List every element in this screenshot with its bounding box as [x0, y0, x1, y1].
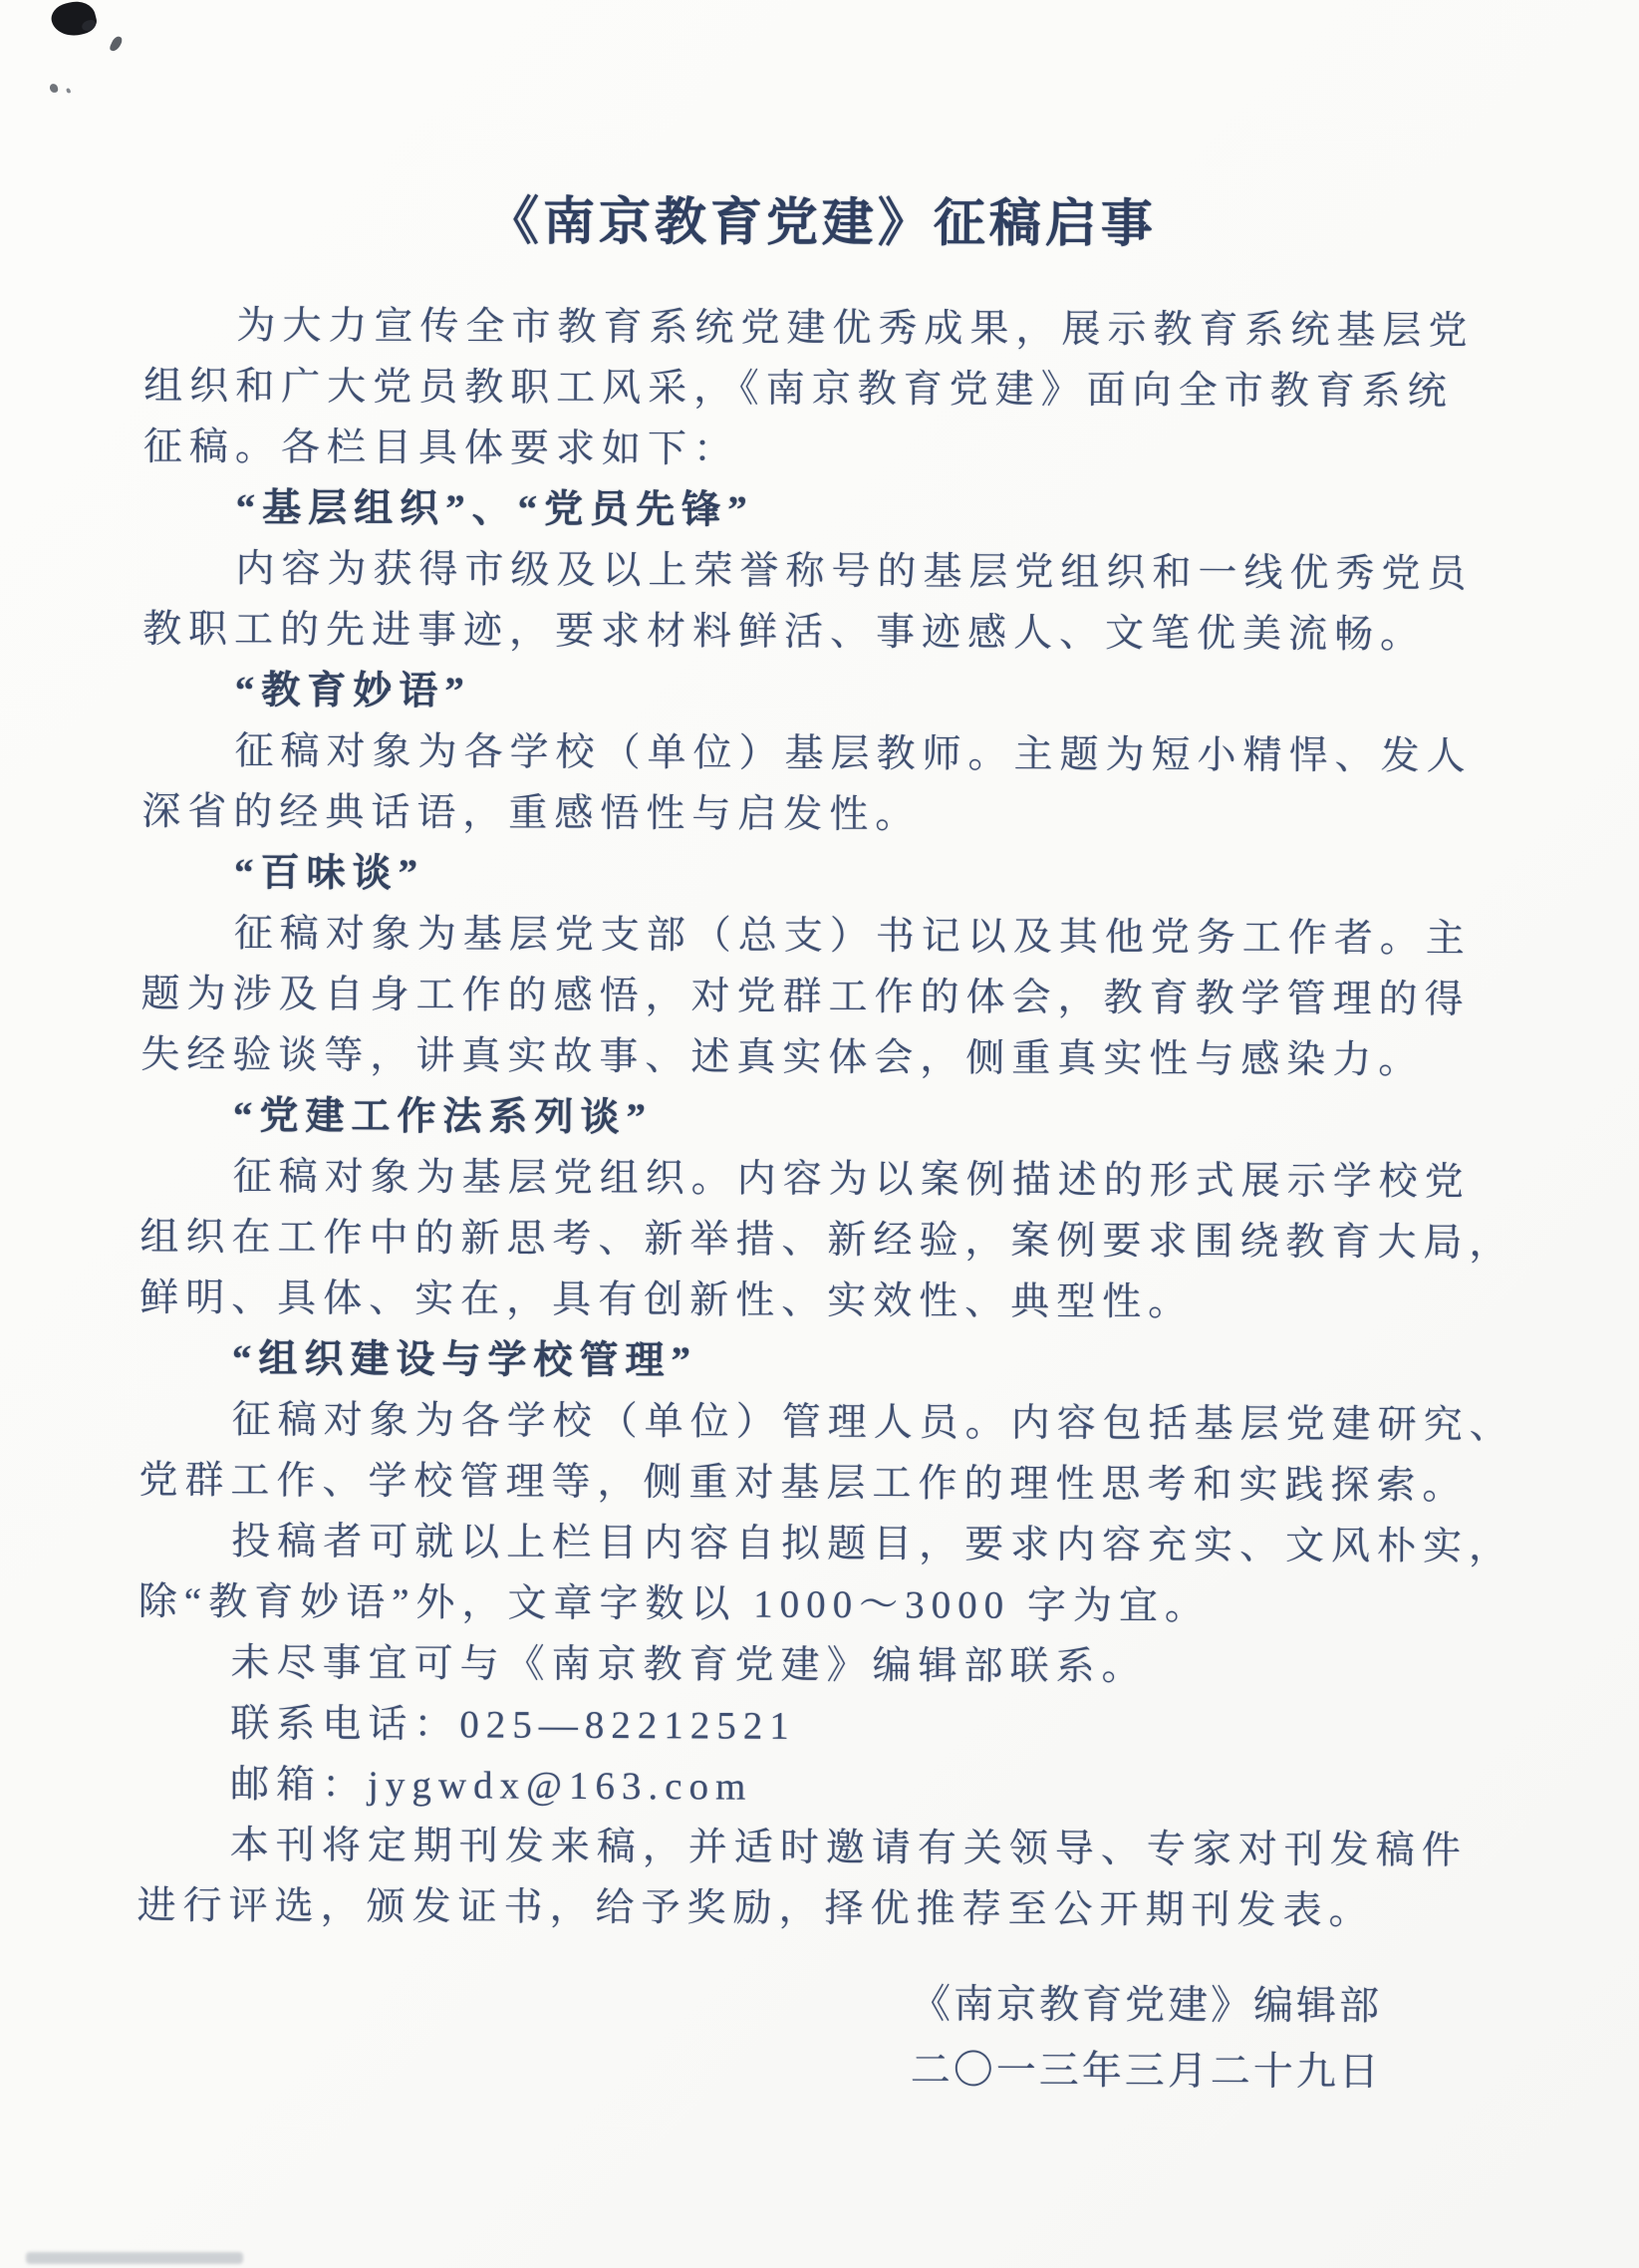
section-heading: “百味谈” [141, 842, 1556, 909]
document-body: 为大力宣传全市教育系统党建优秀成果，展示教育系统基层党组织和广大党员教职工风采，… [137, 295, 1558, 1942]
section-heading: “组织建设与学校管理” [139, 1328, 1554, 1395]
text-line: 本刊将定期刊发来稿，并适时邀请有关领导、专家对刊发稿件 [137, 1815, 1552, 1881]
text-line: 鲜明、具体、实在，具有创新性、实效性、典型性。 [139, 1268, 1554, 1334]
scanned-document-page: 《南京教育党建》征稿启事 为大力宣传全市教育系统党建优秀成果，展示教育系统基层党… [0, 0, 1639, 2268]
text-line: 内容为获得市级及以上荣誉称号的基层党组织和一线优秀党员 [142, 538, 1557, 605]
text-line: 征稿对象为各学校（单位）管理人员。内容包括基层党建研究、 [139, 1389, 1554, 1456]
text-line: 进行评选，颁发证书，给予奖励，择优推荐至公开期刊发表。 [137, 1875, 1551, 1942]
signature-org: 《南京教育党建》编辑部 [137, 1968, 1382, 2039]
text-line: 征稿。各栏目具体要求如下： [143, 417, 1558, 483]
text-line: 组织和广大党员教职工风采，《南京教育党建》面向全市教育系统 [143, 356, 1558, 423]
scan-speck [109, 35, 124, 53]
section-heading: “党建工作法系列谈” [140, 1085, 1555, 1152]
scan-speck [49, 83, 58, 93]
page-title: 《南京教育党建》征稿启事 [144, 177, 1500, 258]
text-line: 征稿对象为基层党组织。内容为以案例描述的形式展示学校党 [140, 1146, 1555, 1213]
document-content: 《南京教育党建》征稿启事 为大力宣传全市教育系统党建优秀成果，展示教育系统基层党… [1, 0, 1639, 7]
text-line: 失经验谈等，讲真实故事、述真实体会，侧重真实性与感染力。 [140, 1024, 1555, 1091]
text-line: 征稿对象为各学校（单位）基层教师。主题为短小精悍、发人 [141, 720, 1556, 787]
text-line: 未尽事宜可与《南京教育党建》编辑部联系。 [137, 1632, 1552, 1699]
text-line: 除“教育妙语”外，文章字数以 1000～3000 字为宜。 [138, 1571, 1553, 1638]
text-line: 深省的经典话语，重感悟性与启发性。 [141, 781, 1556, 848]
text-line: 联系电话：025—82212521 [137, 1693, 1552, 1760]
text-line: 题为涉及自身工作的感悟，对党群工作的体会，教育教学管理的得 [140, 964, 1555, 1030]
signature-date: 二〇一三年三月二十九日 [137, 2034, 1382, 2105]
text-line: 为大力宣传全市教育系统党建优秀成果，展示教育系统基层党 [143, 295, 1558, 362]
scan-edge-smudge [26, 2252, 243, 2264]
scan-ink-blob [49, 0, 100, 41]
text-line: 征稿对象为基层党支部（总支）书记以及其他党务工作者。主 [141, 903, 1556, 970]
text-line: 教职工的先进事迹，要求材料鲜活、事迹感人、文笔优美流畅。 [142, 599, 1557, 666]
text-line: 组织在工作中的新思考、新举措、新经验，案例要求围绕教育大局， [139, 1207, 1554, 1274]
text-line: 投稿者可就以上栏目内容自拟题目，要求内容充实、文风朴实， [138, 1511, 1553, 1577]
signature-block: 《南京教育党建》编辑部 二〇一三年三月二十九日 [137, 1968, 1383, 2105]
section-heading: “基层组织”、“党员先锋” [143, 477, 1558, 544]
text-line: 党群工作、学校管理等，侧重对基层工作的理性思考和实践探索。 [138, 1450, 1553, 1517]
section-heading: “教育妙语” [142, 660, 1557, 726]
text-line: 邮箱：jygwdx@163.com [137, 1754, 1552, 1821]
